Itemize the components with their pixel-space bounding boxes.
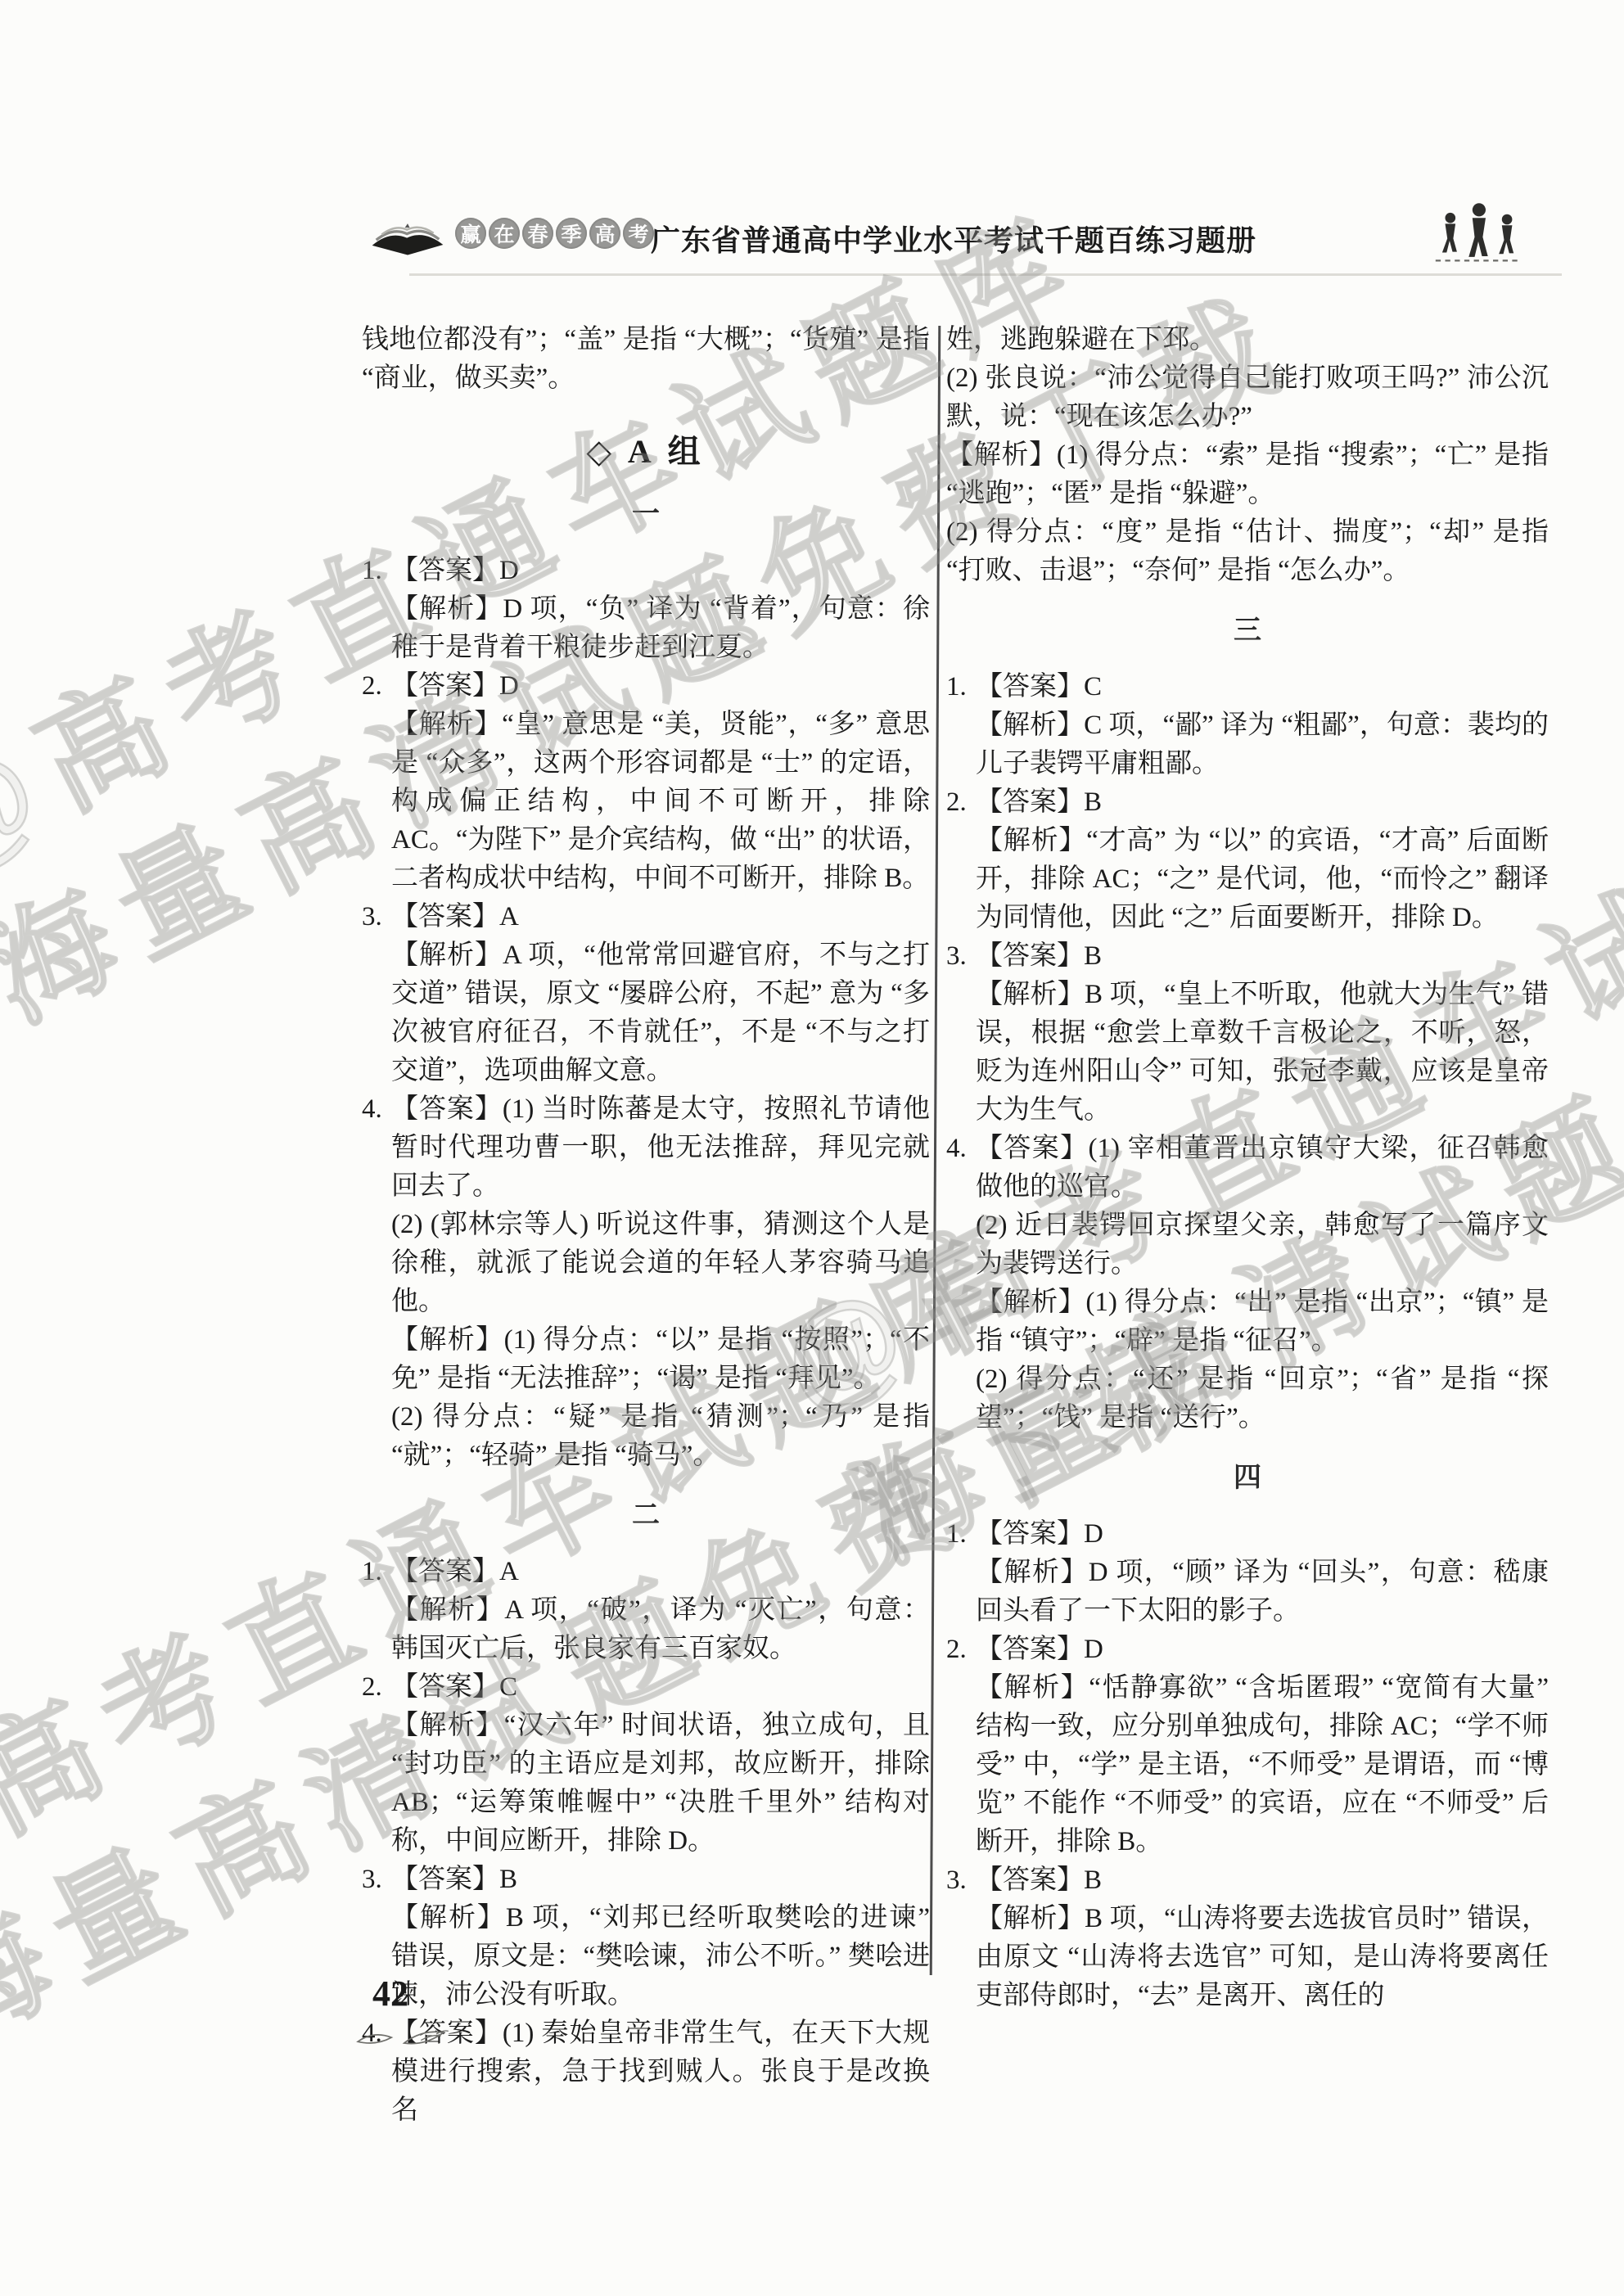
item-paragraph: 【答案】(1) 当时陈蕃是太守，按照礼节请他暂时代理功曹一职，他无法推辞，拜见完… — [391, 1090, 930, 1206]
paragraph: (2) 张良说：“沛公觉得自己能打败项王吗?” 沛公沉默，说：“现在该怎么办?” — [946, 359, 1549, 436]
item-paragraph: 【解析】D 项，“顾” 译为 “回头”，句意：嵇康回头看了一下太阳的影子。 — [976, 1554, 1549, 1631]
item-body: 【答案】D【解析】“皇” 意思是 “美，贤能”，“多” 意思是 “众多”，这两个… — [391, 667, 930, 898]
column-divider — [930, 326, 941, 1975]
running-people-icon — [1434, 200, 1522, 273]
item-paragraph: 【答案】B — [976, 1861, 1549, 1900]
item-number: 1. — [946, 668, 976, 783]
item-paragraph: 【答案】D — [976, 1515, 1549, 1554]
item-number: 1. — [362, 1553, 391, 1668]
section-heading: 二 — [362, 1496, 930, 1535]
item-number: 1. — [946, 1515, 976, 1631]
open-book-logo-icon — [367, 205, 449, 273]
left-column: 钱地位都没有”；“盖” 是指 “大概”；“货殖” 是指 “商业，做买卖”。◇ A… — [362, 321, 930, 2130]
brand-badge-char: 高 — [589, 218, 620, 249]
item-body: 【答案】B【解析】B 项，“山涛将要去选拔官员时” 错误，由原文 “山涛将去选官… — [976, 1861, 1549, 2015]
item-paragraph: 【答案】D — [976, 1631, 1549, 1669]
item-paragraph: 【答案】(1) 秦始皇帝非常生气，在天下大规模进行搜索，急于找到贼人。张良于是改… — [391, 2014, 930, 2130]
item-paragraph: 【解析】A 项，“他常常回避官府，不与之打交道” 错误，原文 “屡辟公府，不起”… — [391, 936, 930, 1090]
item-number: 4. — [362, 1090, 391, 1475]
item-paragraph: 【答案】D — [391, 552, 930, 590]
group-heading: ◇ A 组 — [362, 432, 930, 471]
item-paragraph: 【答案】(1) 宰相董晋出京镇守大梁，征召韩愈做他的巡官。 — [976, 1130, 1549, 1207]
item-paragraph: 【答案】B — [976, 937, 1549, 976]
item-paragraph: 【解析】B 项，“山涛将要去选拔官员时” 错误，由原文 “山涛将去选官” 可知，… — [976, 1900, 1549, 2015]
paragraph: (2) 得分点：“度” 是指 “估计、揣度”；“却” 是指 “打败、击退”；“奈… — [946, 513, 1549, 590]
brand-badge-char: 赢 — [455, 218, 486, 249]
paragraph: 【解析】(1) 得分点：“索” 是指 “搜索”；“亡” 是指 “逃跑”；“匿” … — [946, 436, 1549, 513]
item-paragraph: 【解析】“才高” 为 “以” 的宾语，“才高” 后面断开，排除 AC；“之” 是… — [976, 822, 1549, 937]
answer-item: 1.【答案】D【解析】D 项，“顾” 译为 “回头”，句意：嵇康回头看了一下太阳… — [946, 1515, 1549, 1631]
item-paragraph: 【解析】“恬静寡欲” “含垢匿瑕” “宽简有大量” 结构一致，应分别单独成句，排… — [976, 1669, 1549, 1861]
item-paragraph: 【解析】(1) 得分点：“出” 是指 “出京”；“镇” 是指 “镇守”；“辟” … — [976, 1283, 1549, 1360]
answer-item: 2.【答案】D【解析】“皇” 意思是 “美，贤能”，“多” 意思是 “众多”，这… — [362, 667, 930, 898]
item-body: 【答案】B【解析】“才高” 为 “以” 的宾语，“才高” 后面断开，排除 AC；… — [976, 783, 1549, 937]
item-body: 【答案】A【解析】A 项，“破”，译为 “灭亡”，句意：韩国灭亡后，张良家有三百… — [391, 1553, 930, 1668]
brand-badge-char: 春 — [522, 218, 553, 249]
answer-item: 4.【答案】(1) 当时陈蕃是太守，按照礼节请他暂时代理功曹一职，他无法推辞，拜… — [362, 1090, 930, 1475]
answer-item: 2.【答案】D【解析】“恬静寡欲” “含垢匿瑕” “宽简有大量” 结构一致，应分… — [946, 1631, 1549, 1861]
answer-item: 3.【答案】B【解析】B 项，“皇上不听取，他就大为生气” 错误，根据 “愈尝上… — [946, 937, 1549, 1130]
item-paragraph: (2) 得分点：“还” 是指 “回京”；“省” 是指 “探望”；“饯” 是指 “… — [976, 1360, 1549, 1437]
header-title: 广东省普通高中学业水平考试千题百练习题册 — [651, 218, 1256, 259]
answer-item: 1.【答案】A【解析】A 项，“破”，译为 “灭亡”，句意：韩国灭亡后，张良家有… — [362, 1553, 930, 1668]
item-number: 2. — [362, 1668, 391, 1861]
item-body: 【答案】(1) 宰相董晋出京镇守大梁，征召韩愈做他的巡官。(2) 近日裴锷回京探… — [976, 1130, 1549, 1437]
item-number: 3. — [362, 898, 391, 1090]
item-paragraph: 【答案】C — [391, 1668, 930, 1707]
item-number: 1. — [362, 552, 391, 667]
paragraph: 姓，逃跑躲避在下邳。 — [946, 321, 1549, 359]
item-body: 【答案】D【解析】“恬静寡欲” “含垢匿瑕” “宽简有大量” 结构一致，应分别单… — [976, 1631, 1549, 1861]
item-paragraph: (2) 得分点：“疑” 是指 “猜测”；“乃” 是指 “就”；“轻骑” 是指 “… — [391, 1398, 930, 1475]
brand-badges: 赢在春季高考 — [455, 218, 654, 249]
item-body: 【答案】A【解析】A 项，“他常常回避官府，不与之打交道” 错误，原文 “屡辟公… — [391, 898, 930, 1090]
item-paragraph: 【解析】“汉六年” 时间状语，独立成句，且 “封功臣” 的主语应是刘邦，故应断开… — [391, 1707, 930, 1861]
item-body: 【答案】D【解析】D 项，“负” 译为 “背着”，句意：徐稚于是背着干粮徒步赶到… — [391, 552, 930, 667]
answer-item: 2.【答案】C【解析】“汉六年” 时间状语，独立成句，且 “封功臣” 的主语应是… — [362, 1668, 930, 1861]
brand-badge-char: 季 — [556, 218, 587, 249]
answer-item: 2.【答案】B【解析】“才高” 为 “以” 的宾语，“才高” 后面断开，排除 A… — [946, 783, 1549, 937]
item-paragraph: 【解析】B 项，“刘邦已经听取樊哙的进谏” 错误，原文是：“樊哙谏，沛公不听。”… — [391, 1899, 930, 2014]
item-paragraph: (2) 近日裴锷回京探望父亲，韩愈写了一篇序文为裴锷送行。 — [976, 1207, 1549, 1283]
page-number: 42 — [372, 1973, 408, 2014]
leaf-ornament-icon — [354, 2023, 452, 2057]
item-paragraph: 【答案】B — [976, 783, 1549, 822]
item-paragraph: 【解析】(1) 得分点：“以” 是指 “按照”；“不免” 是指 “无法推辞”；“… — [391, 1321, 930, 1398]
item-paragraph: 【答案】A — [391, 1553, 930, 1591]
answer-item: 3.【答案】A【解析】A 项，“他常常回避官府，不与之打交道” 错误，原文 “屡… — [362, 898, 930, 1090]
section-heading: 四 — [946, 1459, 1549, 1497]
item-paragraph: 【解析】A 项，“破”，译为 “灭亡”，句意：韩国灭亡后，张良家有三百家奴。 — [391, 1591, 930, 1668]
item-paragraph: 【答案】A — [391, 898, 930, 936]
brand-badge-char: 在 — [489, 218, 520, 249]
item-body: 【答案】C【解析】C 项，“鄙” 译为 “粗鄙”，句意：裴均的儿子裴锷平庸粗鄙。 — [976, 668, 1549, 783]
item-body: 【答案】D【解析】D 项，“顾” 译为 “回头”，句意：嵇康回头看了一下太阳的影… — [976, 1515, 1549, 1631]
item-body: 【答案】C【解析】“汉六年” 时间状语，独立成句，且 “封功臣” 的主语应是刘邦… — [391, 1668, 930, 1861]
item-paragraph: 【解析】“皇” 意思是 “美，贤能”，“多” 意思是 “众多”，这两个形容词都是… — [391, 706, 930, 898]
brand-badge-char: 考 — [623, 218, 654, 249]
item-number: 2. — [362, 667, 391, 898]
item-paragraph: 【答案】B — [391, 1861, 930, 1899]
answer-item: 3.【答案】B【解析】B 项，“山涛将要去选拔官员时” 错误，由原文 “山涛将去… — [946, 1861, 1549, 2015]
answer-item: 1.【答案】D【解析】D 项，“负” 译为 “背着”，句意：徐稚于是背着干粮徒步… — [362, 552, 930, 667]
item-paragraph: 【解析】D 项，“负” 译为 “背着”，句意：徐稚于是背着干粮徒步赶到江夏。 — [391, 590, 930, 667]
section-heading: 三 — [946, 611, 1549, 650]
item-body: 【答案】(1) 秦始皇帝非常生气，在天下大规模进行搜索，急于找到贼人。张良于是改… — [391, 2014, 930, 2130]
section-heading: 一 — [362, 495, 930, 534]
item-body: 【答案】B【解析】B 项，“刘邦已经听取樊哙的进谏” 错误，原文是：“樊哙谏，沛… — [391, 1861, 930, 2014]
item-paragraph: (2) (郭林宗等人) 听说这件事，猜测这个人是徐稚，就派了能说会道的年轻人茅容… — [391, 1206, 930, 1321]
item-number: 3. — [946, 1861, 976, 2015]
header-divider-rule — [409, 273, 1562, 276]
item-paragraph: 【解析】B 项，“皇上不听取，他就大为生气” 错误，根据 “愈尝上章数千言极论之… — [976, 976, 1549, 1130]
item-body: 【答案】(1) 当时陈蕃是太守，按照礼节请他暂时代理功曹一职，他无法推辞，拜见完… — [391, 1090, 930, 1475]
answer-item: 3.【答案】B【解析】B 项，“刘邦已经听取樊哙的进谏” 错误，原文是：“樊哙谏… — [362, 1861, 930, 2014]
item-number: 2. — [946, 783, 976, 937]
item-number: 2. — [946, 1631, 976, 1861]
item-number: 4. — [946, 1130, 976, 1437]
paragraph: 钱地位都没有”；“盖” 是指 “大概”；“货殖” 是指 “商业，做买卖”。 — [362, 321, 930, 398]
item-paragraph: 【答案】D — [391, 667, 930, 706]
item-body: 【答案】B【解析】B 项，“皇上不听取，他就大为生气” 错误，根据 “愈尝上章数… — [976, 937, 1549, 1130]
item-paragraph: 【答案】C — [976, 668, 1549, 706]
answer-item: 1.【答案】C【解析】C 项，“鄙” 译为 “粗鄙”，句意：裴均的儿子裴锷平庸粗… — [946, 668, 1549, 783]
item-number: 3. — [946, 937, 976, 1130]
right-column: 姓，逃跑躲避在下邳。(2) 张良说：“沛公觉得自己能打败项王吗?” 沛公沉默，说… — [946, 321, 1549, 2015]
book-page: 赢在春季高考 广东省普通高中学业水平考试千题百练习题册 @高考直通车试题库海量高… — [0, 0, 1624, 2296]
item-paragraph: 【解析】C 项，“鄙” 译为 “粗鄙”，句意：裴均的儿子裴锷平庸粗鄙。 — [976, 706, 1549, 783]
answer-item: 4.【答案】(1) 宰相董晋出京镇守大梁，征召韩愈做他的巡官。(2) 近日裴锷回… — [946, 1130, 1549, 1437]
